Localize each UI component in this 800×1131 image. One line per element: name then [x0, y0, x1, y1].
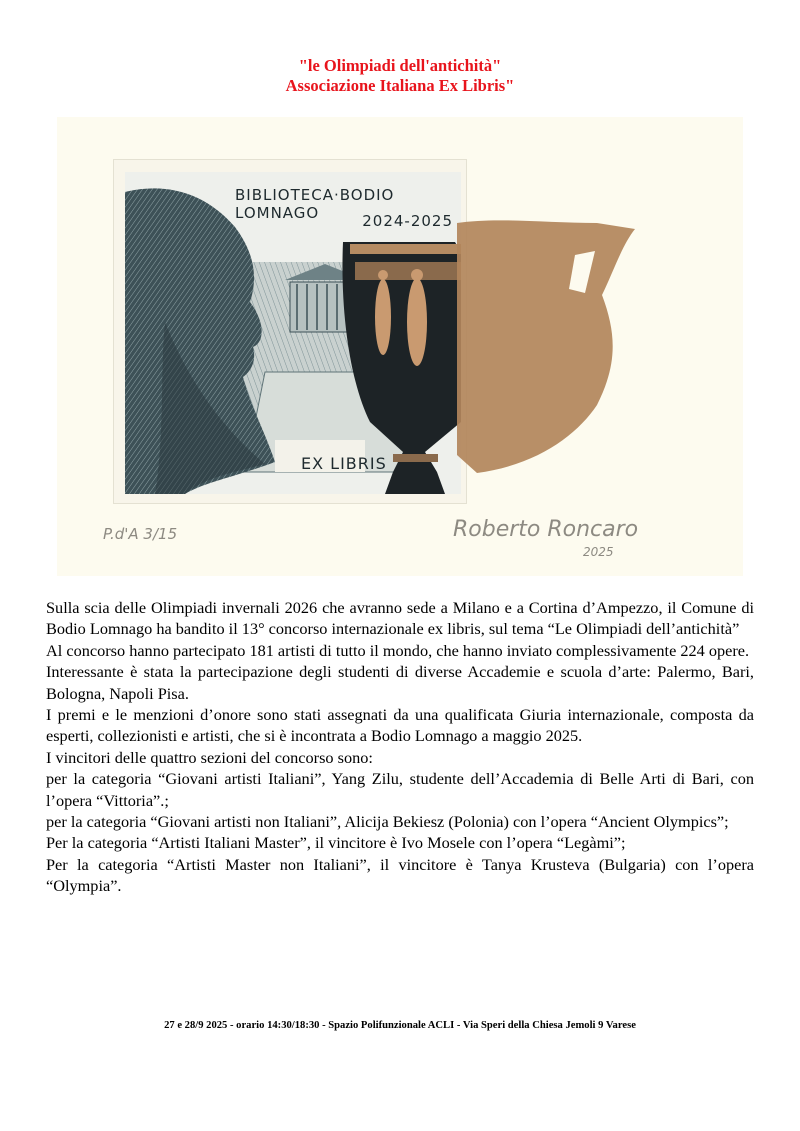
signature-year: 2025 — [583, 545, 614, 559]
paragraph: Al concorso hanno partecipato 181 artist… — [46, 640, 754, 661]
ex-libris-artwork: BIBLIOTECA·BODIO LOMNAGO 2024-2025 EX LI… — [57, 117, 743, 576]
artist-signature: Roberto Roncaro — [453, 517, 638, 542]
winner-item: Per la categoria “Artisti Master non Ita… — [46, 854, 754, 897]
article-body: Sulla scia delle Olimpiadi invernali 202… — [46, 597, 754, 897]
collage-vase-fragment — [457, 215, 697, 475]
inscription-years: 2024-2025 — [362, 212, 453, 230]
edition-number: P.d'A 3/15 — [103, 525, 177, 543]
paragraph: I premi e le menzioni d’onore sono stati… — [46, 704, 754, 747]
winner-item: per la categoria “Giovani artisti non It… — [46, 811, 754, 832]
winner-item: Per la categoria “Artisti Italiani Maste… — [46, 832, 754, 853]
paragraph: I vincitori delle quattro sezioni del co… — [46, 747, 754, 768]
etching-print: BIBLIOTECA·BODIO LOMNAGO 2024-2025 EX LI… — [125, 172, 461, 494]
paragraph: Sulla scia delle Olimpiadi invernali 202… — [46, 597, 754, 640]
inscription-ex-libris: EX LIBRIS — [301, 454, 387, 473]
winner-item: per la categoria “Giovani artisti Italia… — [46, 768, 754, 811]
title-line-1: "le Olimpiadi dell'antichità" — [0, 56, 800, 76]
paragraph: Interessante è stata la partecipazione d… — [46, 661, 754, 704]
document-title: "le Olimpiadi dell'antichità" Associazio… — [0, 56, 800, 96]
plate-mark: BIBLIOTECA·BODIO LOMNAGO 2024-2025 EX LI… — [113, 159, 467, 504]
event-details-footer: 27 e 28/9 2025 - orario 14:30/18:30 - Sp… — [0, 1020, 800, 1031]
title-line-2: Associazione Italiana Ex Libris" — [0, 76, 800, 96]
